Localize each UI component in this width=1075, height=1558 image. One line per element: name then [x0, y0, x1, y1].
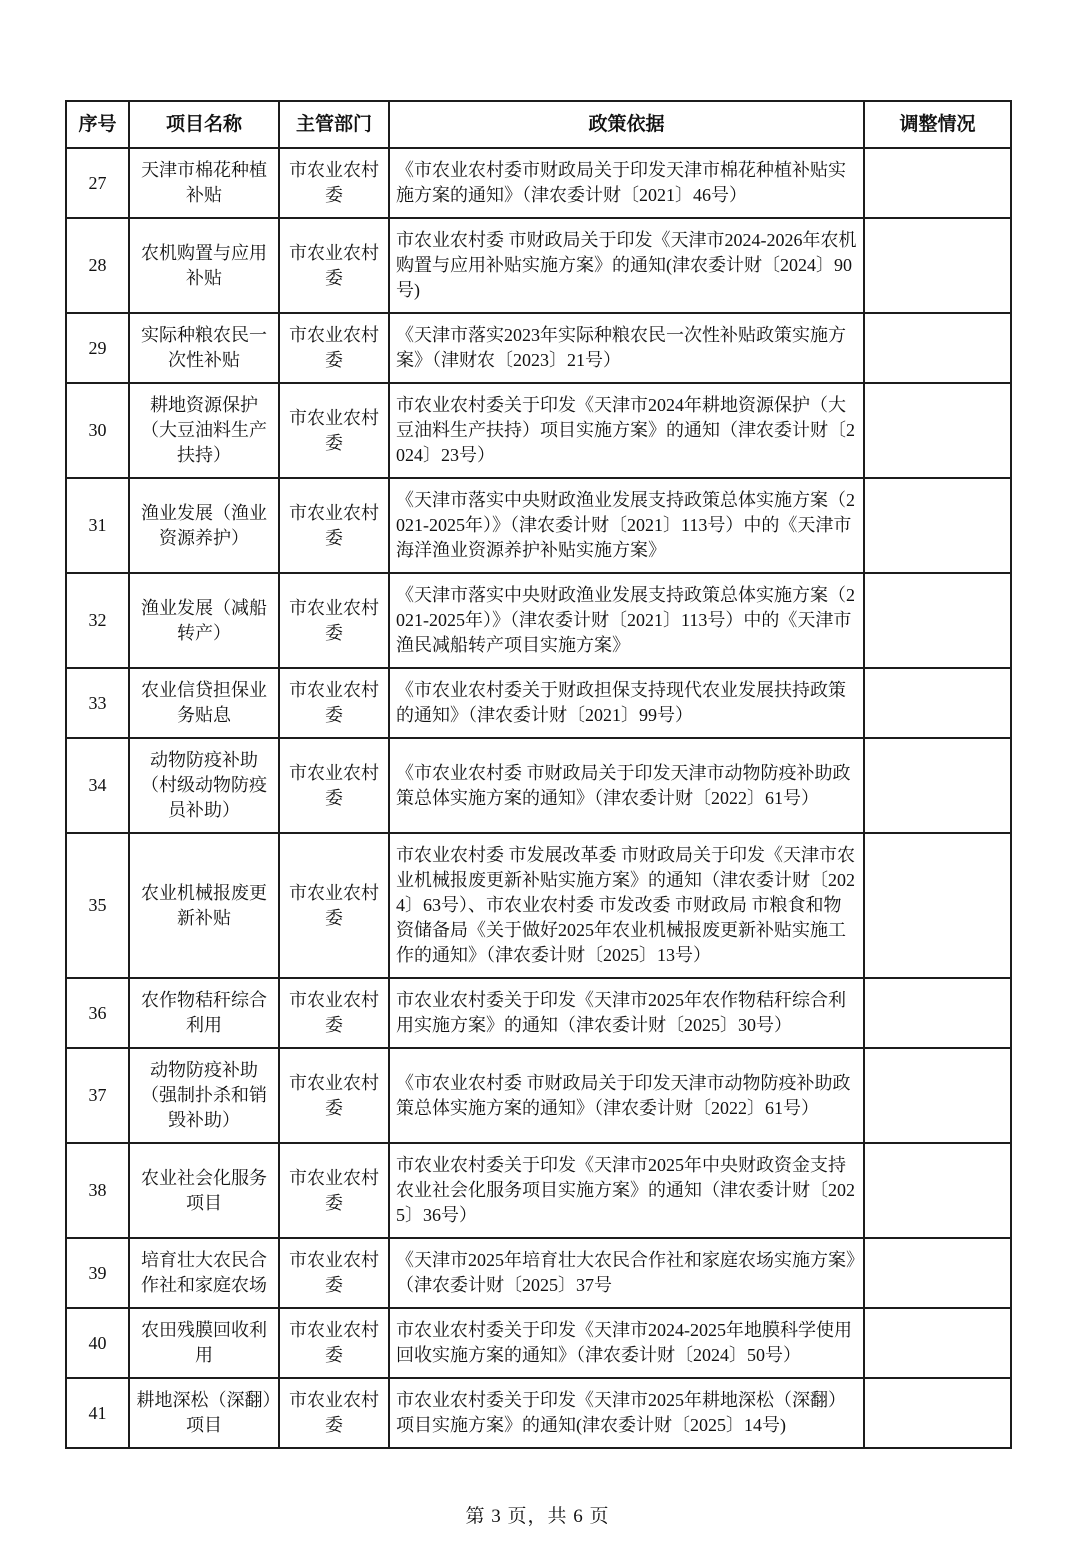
table-row: 29实际种粮农民一次性补贴市农业农村委《天津市落实2023年实际种粮农民一次性补… — [66, 313, 1011, 383]
project-name-cell: 农业社会化服务项目 — [129, 1143, 279, 1238]
department-cell: 市农业农村委 — [279, 738, 389, 833]
row-number-cell: 39 — [66, 1238, 129, 1308]
department-cell: 市农业农村委 — [279, 1378, 389, 1448]
project-name-cell: 天津市棉花种植补贴 — [129, 148, 279, 218]
table-row: 35农业机械报废更新补贴市农业农村委市农业农村委 市发展改革委 市财政局关于印发… — [66, 833, 1011, 978]
page-footer: 第 3 页，共 6 页 — [65, 1501, 1010, 1528]
header-row: 序号 项目名称 主管部门 政策依据 调整情况 — [66, 101, 1011, 148]
policy-basis-cell: 《市农业农村委市财政局关于印发天津市棉花种植补贴实施方案的通知》（津农委计财〔2… — [389, 148, 864, 218]
table-body: 27天津市棉花种植补贴市农业农村委《市农业农村委市财政局关于印发天津市棉花种植补… — [66, 148, 1011, 1448]
project-name-cell: 农机购置与应用补贴 — [129, 218, 279, 313]
department-cell: 市农业农村委 — [279, 833, 389, 978]
project-name-cell: 实际种粮农民一次性补贴 — [129, 313, 279, 383]
header-col-number: 序号 — [66, 101, 129, 148]
table-row: 40农田残膜回收利用市农业农村委市农业农村委关于印发《天津市2024-2025年… — [66, 1308, 1011, 1378]
policy-basis-cell: 市农业农村委关于印发《天津市2025年耕地深松（深翻）项目实施方案》的通知(津农… — [389, 1378, 864, 1448]
project-name-cell: 农田残膜回收利用 — [129, 1308, 279, 1378]
adjustment-cell — [864, 218, 1011, 313]
table-row: 30耕地资源保护（大豆油料生产扶持）市农业农村委市农业农村委关于印发《天津市20… — [66, 383, 1011, 478]
project-name-cell: 耕地资源保护（大豆油料生产扶持） — [129, 383, 279, 478]
department-cell: 市农业农村委 — [279, 148, 389, 218]
table-row: 38农业社会化服务项目市农业农村委市农业农村委关于印发《天津市2025年中央财政… — [66, 1143, 1011, 1238]
project-name-cell: 培育壮大农民合作社和家庭农场 — [129, 1238, 279, 1308]
table-row: 31渔业发展（渔业资源养护）市农业农村委《天津市落实中央财政渔业发展支持政策总体… — [66, 478, 1011, 573]
project-name-cell: 农业机械报废更新补贴 — [129, 833, 279, 978]
row-number-cell: 33 — [66, 668, 129, 738]
row-number-cell: 40 — [66, 1308, 129, 1378]
department-cell: 市农业农村委 — [279, 668, 389, 738]
adjustment-cell — [864, 148, 1011, 218]
policy-basis-cell: 市农业农村委关于印发《天津市2025年农作物秸秆综合利用实施方案》的通知（津农委… — [389, 978, 864, 1048]
project-name-cell: 耕地深松（深翻）项目 — [129, 1378, 279, 1448]
header-col-project: 项目名称 — [129, 101, 279, 148]
table-row: 34动物防疫补助（村级动物防疫员补助）市农业农村委《市农业农村委 市财政局关于印… — [66, 738, 1011, 833]
department-cell: 市农业农村委 — [279, 1048, 389, 1143]
table-row: 37动物防疫补助（强制扑杀和销毁补助）市农业农村委《市农业农村委 市财政局关于印… — [66, 1048, 1011, 1143]
adjustment-cell — [864, 978, 1011, 1048]
adjustment-cell — [864, 833, 1011, 978]
department-cell: 市农业农村委 — [279, 1143, 389, 1238]
document-page: 序号 项目名称 主管部门 政策依据 调整情况 27天津市棉花种植补贴市农业农村委… — [0, 0, 1075, 1558]
project-name-cell: 农业信贷担保业务贴息 — [129, 668, 279, 738]
department-cell: 市农业农村委 — [279, 1238, 389, 1308]
header-col-policy: 政策依据 — [389, 101, 864, 148]
table-row: 33农业信贷担保业务贴息市农业农村委《市农业农村委关于财政担保支持现代农业发展扶… — [66, 668, 1011, 738]
policy-basis-cell: 《天津市2025年培育壮大农民合作社和家庭农场实施方案》（津农委计财〔2025〕… — [389, 1238, 864, 1308]
department-cell: 市农业农村委 — [279, 383, 389, 478]
row-number-cell: 31 — [66, 478, 129, 573]
adjustment-cell — [864, 1048, 1011, 1143]
adjustment-cell — [864, 383, 1011, 478]
table-row: 41耕地深松（深翻）项目市农业农村委市农业农村委关于印发《天津市2025年耕地深… — [66, 1378, 1011, 1448]
policy-basis-cell: 《天津市落实2023年实际种粮农民一次性补贴政策实施方案》（津财农〔2023〕2… — [389, 313, 864, 383]
department-cell: 市农业农村委 — [279, 478, 389, 573]
table-row: 27天津市棉花种植补贴市农业农村委《市农业农村委市财政局关于印发天津市棉花种植补… — [66, 148, 1011, 218]
policy-basis-cell: 《市农业农村委 市财政局关于印发天津市动物防疫补助政策总体实施方案的通知》（津农… — [389, 1048, 864, 1143]
policy-basis-cell: 《天津市落实中央财政渔业发展支持政策总体实施方案（2021-2025年）》（津农… — [389, 573, 864, 668]
row-number-cell: 41 — [66, 1378, 129, 1448]
row-number-cell: 27 — [66, 148, 129, 218]
adjustment-cell — [864, 1378, 1011, 1448]
adjustment-cell — [864, 668, 1011, 738]
department-cell: 市农业农村委 — [279, 1308, 389, 1378]
adjustment-cell — [864, 313, 1011, 383]
table-row: 36农作物秸秆综合利用市农业农村委市农业农村委关于印发《天津市2025年农作物秸… — [66, 978, 1011, 1048]
row-number-cell: 37 — [66, 1048, 129, 1143]
row-number-cell: 34 — [66, 738, 129, 833]
department-cell: 市农业农村委 — [279, 218, 389, 313]
department-cell: 市农业农村委 — [279, 978, 389, 1048]
policy-basis-cell: 市农业农村委 市财政局关于印发《天津市2024-2026年农机购置与应用补贴实施… — [389, 218, 864, 313]
policy-basis-cell: 市农业农村委关于印发《天津市2025年中央财政资金支持农业社会化服务项目实施方案… — [389, 1143, 864, 1238]
page-number-label: 第 3 页，共 6 页 — [465, 1506, 609, 1527]
project-name-cell: 渔业发展（减船转产） — [129, 573, 279, 668]
adjustment-cell — [864, 1238, 1011, 1308]
adjustment-cell — [864, 1143, 1011, 1238]
adjustment-cell — [864, 738, 1011, 833]
project-name-cell: 动物防疫补助（村级动物防疫员补助） — [129, 738, 279, 833]
row-number-cell: 36 — [66, 978, 129, 1048]
policy-basis-cell: 《市农业农村委 市财政局关于印发天津市动物防疫补助政策总体实施方案的通知》（津农… — [389, 738, 864, 833]
adjustment-cell — [864, 478, 1011, 573]
policy-basis-cell: 市农业农村委关于印发《天津市2024年耕地资源保护（大豆油料生产扶持）项目实施方… — [389, 383, 864, 478]
row-number-cell: 38 — [66, 1143, 129, 1238]
header-col-adjustment: 调整情况 — [864, 101, 1011, 148]
project-name-cell: 渔业发展（渔业资源养护） — [129, 478, 279, 573]
policy-basis-cell: 《天津市落实中央财政渔业发展支持政策总体实施方案（2021-2025年）》（津农… — [389, 478, 864, 573]
row-number-cell: 30 — [66, 383, 129, 478]
table-row: 32渔业发展（减船转产）市农业农村委《天津市落实中央财政渔业发展支持政策总体实施… — [66, 573, 1011, 668]
adjustment-cell — [864, 573, 1011, 668]
row-number-cell: 35 — [66, 833, 129, 978]
table-row: 28农机购置与应用补贴市农业农村委市农业农村委 市财政局关于印发《天津市2024… — [66, 218, 1011, 313]
row-number-cell: 28 — [66, 218, 129, 313]
department-cell: 市农业农村委 — [279, 313, 389, 383]
department-cell: 市农业农村委 — [279, 573, 389, 668]
row-number-cell: 32 — [66, 573, 129, 668]
project-name-cell: 动物防疫补助（强制扑杀和销毁补助） — [129, 1048, 279, 1143]
policy-table: 序号 项目名称 主管部门 政策依据 调整情况 27天津市棉花种植补贴市农业农村委… — [65, 100, 1012, 1449]
policy-basis-cell: 《市农业农村委关于财政担保支持现代农业发展扶持政策的通知》（津农委计财〔2021… — [389, 668, 864, 738]
row-number-cell: 29 — [66, 313, 129, 383]
table-row: 39培育壮大农民合作社和家庭农场市农业农村委《天津市2025年培育壮大农民合作社… — [66, 1238, 1011, 1308]
project-name-cell: 农作物秸秆综合利用 — [129, 978, 279, 1048]
header-col-department: 主管部门 — [279, 101, 389, 148]
policy-basis-cell: 市农业农村委关于印发《天津市2024-2025年地膜科学使用回收实施方案的通知》… — [389, 1308, 864, 1378]
adjustment-cell — [864, 1308, 1011, 1378]
policy-basis-cell: 市农业农村委 市发展改革委 市财政局关于印发《天津市农业机械报废更新补贴实施方案… — [389, 833, 864, 978]
